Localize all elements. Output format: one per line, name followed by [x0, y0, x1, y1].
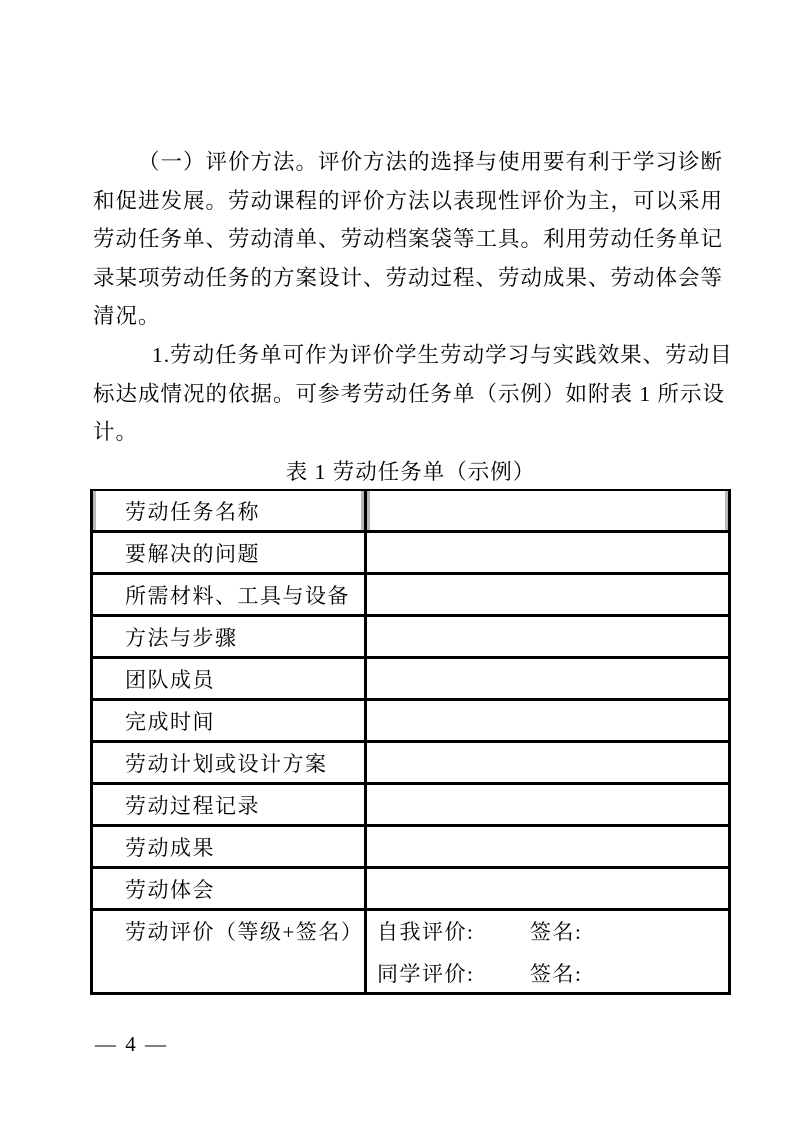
paragraph-line: 标达成情况的依据。可参考劳动任务单（示例）如附表 1 所示设	[93, 375, 709, 414]
row-value-cell	[367, 827, 728, 866]
peer-evaluation-line: 同学评价: 签名:	[377, 953, 728, 995]
row-label: 劳动体会	[93, 869, 367, 908]
row-value-cell	[367, 869, 728, 908]
table-row: 劳动任务名称	[93, 491, 728, 533]
table-row: 劳动计划或设计方案	[93, 743, 728, 785]
paragraph-line: 劳动任务单、劳动清单、劳动档案袋等工具。利用劳动任务单记	[93, 220, 709, 259]
row-label: 方法与步骤	[93, 617, 367, 656]
table-row: 要解决的问题	[93, 533, 728, 575]
table-row: 劳动成果	[93, 827, 728, 869]
row-label: 完成时间	[93, 701, 367, 740]
paragraph-line: 和促进发展。劳动课程的评价方法以表现性评价为主，可以采用	[93, 182, 709, 221]
row-label: 劳动任务名称	[93, 491, 367, 530]
document-page: （一）评价方法。评价方法的选择与使用要有利于学习诊断 和促进发展。劳动课程的评价…	[0, 0, 794, 1123]
row-value-cell	[367, 575, 728, 614]
row-label: 劳动评价（等级+签名）	[93, 911, 367, 992]
table-row-evaluation: 劳动评价（等级+签名） 自我评价: 签名: 同学评价: 签名:	[93, 911, 728, 992]
table-row: 劳动体会	[93, 869, 728, 911]
task-sheet-table: 劳动任务名称 要解决的问题 所需材料、工具与设备 方法与步骤 团队成员 完成时间…	[90, 489, 731, 995]
sign-label: 签名:	[530, 911, 582, 953]
row-label: 团队成员	[93, 659, 367, 698]
row-value-cell: 自我评价: 签名: 同学评价: 签名:	[367, 911, 728, 992]
row-value-cell	[367, 533, 728, 572]
table-row: 所需材料、工具与设备	[93, 575, 728, 617]
row-value-cell	[367, 701, 728, 740]
paragraph-line: 计。	[93, 413, 709, 452]
peer-eval-label: 同学评价:	[377, 953, 530, 995]
paragraph-line: 清况。	[93, 297, 709, 336]
row-value-cell	[367, 659, 728, 698]
self-evaluation-line: 自我评价: 签名:	[377, 911, 728, 953]
row-label: 劳动过程记录	[93, 785, 367, 824]
row-label: 所需材料、工具与设备	[93, 575, 367, 614]
sign-label: 签名:	[530, 953, 582, 995]
self-eval-label: 自我评价:	[377, 911, 530, 953]
table-row: 完成时间	[93, 701, 728, 743]
paragraph-line: （一）评价方法。评价方法的选择与使用要有利于学习诊断	[93, 143, 709, 182]
table-caption: 表 1 劳动任务单（示例）	[90, 458, 731, 489]
paragraph-line: 录某项劳动任务的方案设计、劳动过程、劳动成果、劳动体会等	[93, 259, 709, 298]
row-value-cell	[367, 617, 728, 656]
body-text-block: （一）评价方法。评价方法的选择与使用要有利于学习诊断 和促进发展。劳动课程的评价…	[93, 143, 709, 452]
row-value-cell	[367, 785, 728, 824]
table-row: 方法与步骤	[93, 617, 728, 659]
row-value-cell	[367, 491, 728, 530]
row-label: 劳动成果	[93, 827, 367, 866]
row-label: 要解决的问题	[93, 533, 367, 572]
row-label: 劳动计划或设计方案	[93, 743, 367, 782]
paragraph-line: 1.劳动任务单可作为评价学生劳动学习与实践效果、劳动目	[93, 336, 709, 375]
table-row: 劳动过程记录	[93, 785, 728, 827]
page-number: — 4 —	[95, 1032, 168, 1057]
table-row: 团队成员	[93, 659, 728, 701]
row-value-cell	[367, 743, 728, 782]
